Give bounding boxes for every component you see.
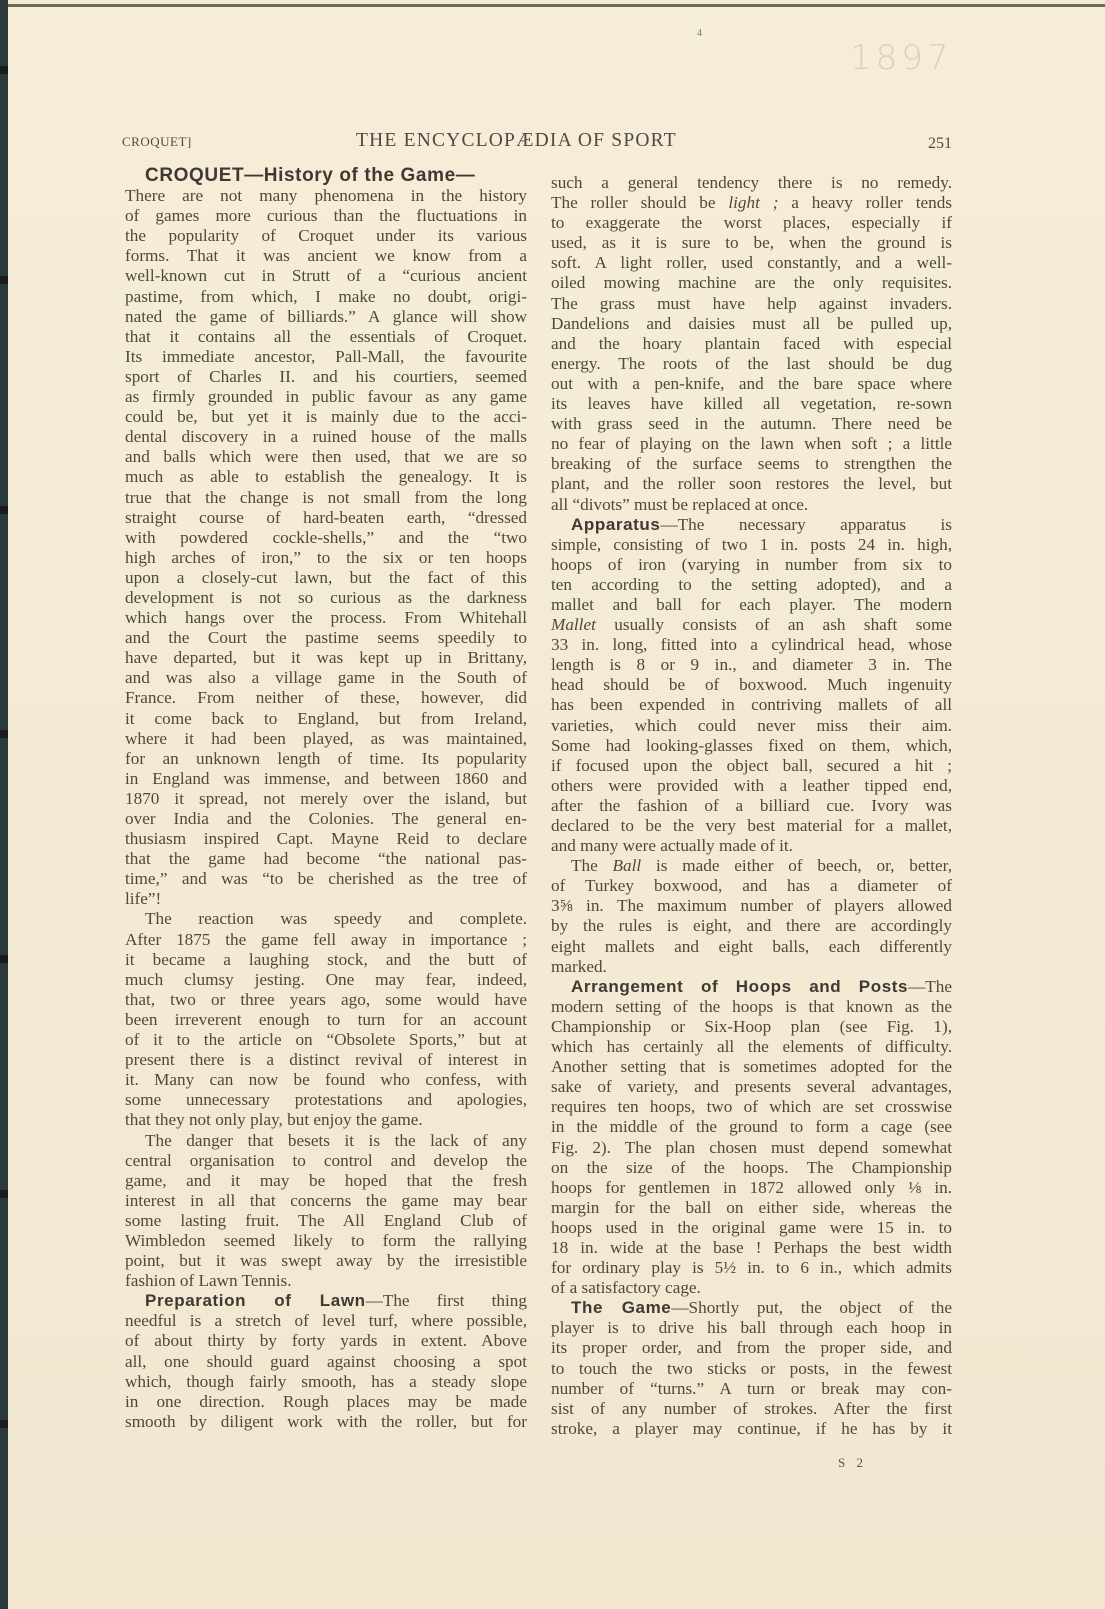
text-line: head should be of boxwood. Much ingenuit… [551,675,952,695]
section-body: of Turkey boxwood, and has a diameter of… [551,876,952,976]
text-line: all “divots” must be replaced at once. [551,495,952,515]
text-line: in the middle of the ground to form a ca… [551,1117,952,1137]
text-line: margin for the ball on either side, wher… [551,1198,952,1218]
text-line: and the hoary plantain faced with especi… [551,334,952,354]
text-line: soft. A light roller, used constantly, a… [551,253,952,273]
text-line: 33 in. long, fitted into a cylindrical h… [551,635,952,655]
text-line: The Ball is made either of beech, or, be… [551,856,952,876]
section-first-line: The Game—Shortly put, the object of the [551,1298,952,1318]
text-line: after the fashion of a billiard cue. Ivo… [551,796,952,816]
text-line: if focused upon the object ball, secured… [551,756,952,776]
text-line: Another setting that is sometimes adopte… [551,1057,952,1077]
printer-mark: 4 [697,28,702,39]
text-line: mallet and ball for each player. The mod… [551,595,952,615]
text-line: some unnecessary protestations and apolo… [125,1090,527,1110]
text-line: present there is a distinct revival of i… [125,1050,527,1070]
text-line: The roller should be light ; a heavy rol… [551,193,952,213]
section-body: player is to drive his ball through each… [551,1318,952,1439]
text-line: Wimbledon seemed likely to form the rall… [125,1231,527,1251]
text-line: sist of any number of strokes. After the… [551,1399,952,1419]
paragraph-lawn-continued-b: to exaggerate the worst places, especial… [551,213,952,514]
text-line: could be, but yet it is mainly due to th… [125,407,527,427]
paragraph-history: There are not many phenomena in the hist… [125,186,527,909]
text-line: over India and the Colonies. The general… [125,809,527,829]
book-title: THE ENCYCLOPÆDIA OF SPORT [356,130,677,152]
text-line: for an unknown length of time. Its popul… [125,749,527,769]
text-line: simple, consisting of two 1 in. posts 24… [551,535,952,555]
text-line: hoops used in the original game were 15 … [551,1218,952,1238]
section-heading: Arrangement of Hoops and Posts [571,977,908,996]
text-line: it. Many can now be found who confess, w… [125,1070,527,1090]
text-line: stroke, a player may continue, if he has… [551,1419,952,1439]
section-lead-text: —The [908,977,952,996]
text-line: requires ten hoops, two of which are set… [551,1097,952,1117]
text-line: 1870 it spread, not merely over the isla… [125,789,527,809]
text-line: interest in all that concerns the game m… [125,1191,527,1211]
text-line: The reaction was speedy and complete. [125,909,527,929]
text-line: of games more curious than the fluctuati… [125,206,527,226]
text-line: no fear of playing on the lawn when soft… [551,434,952,454]
italic-term: Mallet [551,615,596,634]
text-line: straight course of hard-beaten earth, “d… [125,508,527,528]
text-line: There are not many phenomena in the hist… [125,186,527,206]
text-line: in England was immense, and between 1860… [125,769,527,789]
text-line: to exaggerate the worst places, especial… [551,213,952,233]
text-line: to touch the two sticks or posts, in the… [551,1359,952,1379]
text-line: that they not only play, but enjoy the g… [125,1110,527,1130]
pencil-annotation-year: 1897 [850,38,953,78]
section-heading: Preparation of Lawn [145,1291,366,1310]
section-arrangement: Arrangement of Hoops and Posts—The moder… [551,977,952,1299]
text-line: nated the game of billiards.” A glance w… [125,307,527,327]
left-column: CROQUET—History of the Game— There are n… [125,166,527,1432]
section-first-line: Preparation of Lawn—The first thing [125,1291,527,1311]
text-line: central organisation to control and deve… [125,1151,527,1171]
section-apparatus: Apparatus—The necessary apparatus is sim… [551,515,952,977]
text-line: 3⅝ in. The maximum number of players all… [551,896,952,916]
text-line: 18 in. wide at the base ! Perhaps the be… [551,1238,952,1258]
text-line: ten according to the setting adopted), a… [551,575,952,595]
text-line: smooth by diligent work with the roller,… [125,1412,527,1432]
text-line: been irreverent enough to turn for an ac… [125,1010,527,1030]
text-fragment: The [571,856,613,875]
text-line: others were provided with a leather tipp… [551,776,952,796]
text-line: Championship or Six-Hoop plan (see Fig. … [551,1017,952,1037]
text-line: France. From neither of these, however, … [125,688,527,708]
text-line: thusiasm inspired Capt. Mayne Reid to de… [125,829,527,849]
paragraph-reaction: The reaction was speedy and complete.Aft… [125,909,527,1130]
text-line: in one direction. Rough places may be ma… [125,1392,527,1412]
text-fragment: a heavy roller tends [778,193,952,212]
text-line: used, as it is sure to be, when the grou… [551,233,952,253]
text-line: Fig. 2). The plan chosen must depend som… [551,1138,952,1158]
text-line: with powdered cockle-shells,” and the “t… [125,528,527,548]
text-line: declared to be the very best material fo… [551,816,952,836]
section-lead-text: —The necessary apparatus is [660,515,952,534]
text-line: plant, and the roller soon restores the … [551,474,952,494]
text-line: on the size of the hoops. The Championsh… [551,1158,952,1178]
running-head: CROQUET] THE ENCYCLOPÆDIA OF SPORT 251 [122,130,952,154]
text-line: Mallet usually consists of an ash shaft … [551,615,952,635]
text-line: high arches of iron,” to the six or ten … [125,548,527,568]
text-line: sake of variety, and presents several ad… [551,1077,952,1097]
text-line: marked. [551,957,952,977]
section-first-line: Arrangement of Hoops and Posts—The [551,977,952,997]
section-label: CROQUET] [122,134,192,150]
text-line: of about thirty by forty yards in extent… [125,1331,527,1351]
text-line: it became a laughing stock, and the butt… [125,950,527,970]
section-body: needful is a stretch of level turf, wher… [125,1311,527,1432]
text-line: After 1875 the game fell away in importa… [125,930,527,950]
text-line: hoops of iron (varying in number from si… [551,555,952,575]
text-line: life”! [125,889,527,909]
text-line: Some had looking-glasses fixed on them, … [551,736,952,756]
text-line: for ordinary play is 5½ in. to 6 in., wh… [551,1258,952,1278]
text-line: all, one should guard against choosing a… [125,1352,527,1372]
text-line: and the Court the pastime seems speedily… [125,628,527,648]
text-line: of a satisfactory cage. [551,1278,952,1298]
text-line: with grass seed in the autumn. There nee… [551,414,952,434]
page-number: 251 [928,135,952,153]
text-line: The grass must have help against invader… [551,294,952,314]
text-line: some lasting fruit. The All England Club… [125,1211,527,1231]
section-body: simple, consisting of two 1 in. posts 24… [551,535,952,615]
text-line: length is 8 or 9 in., and diameter 3 in.… [551,655,952,675]
section-lead-text: —Shortly put, the object of the [671,1298,952,1317]
text-line: which has certainly all the elements of … [551,1037,952,1057]
text-line: it come back to England, but from Irelan… [125,709,527,729]
text-line: varieties, which could never miss their … [551,716,952,736]
text-line: breaking of the surface seems to strengt… [551,454,952,474]
section-first-line: Apparatus—The necessary apparatus is [551,515,952,535]
text-line: forms. That it was ancient we know from … [125,246,527,266]
article-heading: CROQUET—History of the Game— [125,166,527,186]
paragraph-lawn-continued: such a general tendency there is no reme… [551,173,952,193]
text-line: of it to the article on “Obsolete Sports… [125,1030,527,1050]
text-line: needful is a stretch of level turf, wher… [125,1311,527,1331]
text-fragment: usually consists of an ash shaft some [596,615,952,634]
text-line: such a general tendency there is no reme… [551,173,952,193]
text-line: fashion of Lawn Tennis. [125,1271,527,1291]
text-line: its proper order, and from the proper si… [551,1338,952,1358]
section-the-game: The Game—Shortly put, the object of the … [551,1298,952,1439]
text-fragment: is made either of beech, or, better, [641,856,952,875]
text-line: that it contains all the essentials of C… [125,327,527,347]
text-line: upon a closely-cut lawn, but the fact of… [125,568,527,588]
right-column: such a general tendency there is no reme… [551,173,952,1439]
text-line: that the game had become “the national p… [125,849,527,869]
text-line: hoops for gentlemen in 1872 allowed only… [551,1178,952,1198]
text-line: true that the change is not small from t… [125,488,527,508]
text-line: pastime, from which, I make no doubt, or… [125,287,527,307]
section-body: modern setting of the hoops is that know… [551,997,952,1298]
text-line: where it had been played, as was maintai… [125,729,527,749]
italic-term: light ; [728,193,778,212]
text-line: development is not so curious as the dar… [125,588,527,608]
text-line: much clumsy jesting. One may fear, indee… [125,970,527,990]
text-line: Dandelions and daisies must all be pulle… [551,314,952,334]
article-title: CROQUET—History of the Game— [145,165,475,186]
section-body: 33 in. long, fitted into a cylindrical h… [551,635,952,856]
text-line: time,” and was “to be cherished as the t… [125,869,527,889]
text-line: and was also a village game in the South… [125,668,527,688]
text-line: by the rules is eight, and there are acc… [551,916,952,936]
text-line: Its immediate ancestor, Pall-Mall, the f… [125,347,527,367]
text-fragment: The roller should be [551,193,728,212]
text-line: The danger that besets it is the lack of… [125,1131,527,1151]
text-line: game, and it may be hoped that the fresh [125,1171,527,1191]
text-line: sport of Charles II. and his courtiers, … [125,367,527,387]
text-line: player is to drive his ball through each… [551,1318,952,1338]
text-line: that, two or three years ago, some would… [125,990,527,1010]
section-preparation-of-lawn: Preparation of Lawn—The first thing need… [125,1291,527,1432]
section-heading: Apparatus [571,515,660,534]
text-line: much as able to establish the genealogy.… [125,467,527,487]
text-line: and balls which were then used, that we … [125,447,527,467]
text-line: point, but it was swept away by the irre… [125,1251,527,1271]
printer-signature: S 2 [838,1455,867,1471]
paragraph-danger: The danger that besets it is the lack of… [125,1131,527,1292]
text-line: eight mallets and eight balls, each diff… [551,937,952,957]
section-heading: The Game [571,1298,671,1317]
text-line: out with a pen-knife, and the bare space… [551,374,952,394]
text-line: and many were actually made of it. [551,836,952,856]
text-line: oiled mowing machine are the only requis… [551,273,952,293]
text-line: which, though fairly smooth, has a stead… [125,1372,527,1392]
text-line: have departed, but it was kept up in Bri… [125,648,527,668]
text-line: has been expended in contriving mallets … [551,695,952,715]
text-line: the popularity of Croquet under its vari… [125,226,527,246]
section-lead-text: —The first thing [366,1291,527,1310]
text-line: energy. The roots of the last should be … [551,354,952,374]
text-line: modern setting of the hoops is that know… [551,997,952,1017]
book-binding-edge [0,0,8,1609]
text-line: as firmly grounded in public favour as a… [125,387,527,407]
text-line: number of “turns.” A turn or break may c… [551,1379,952,1399]
text-line: of Turkey boxwood, and has a diameter of [551,876,952,896]
text-line: its leaves have killed all vegetation, r… [551,394,952,414]
italic-term: Ball [613,856,642,875]
text-line: well-known cut in Strutt of a “curious a… [125,266,527,286]
text-line: which hangs over the process. From White… [125,608,527,628]
text-line: dental discovery in a ruined house of th… [125,427,527,447]
